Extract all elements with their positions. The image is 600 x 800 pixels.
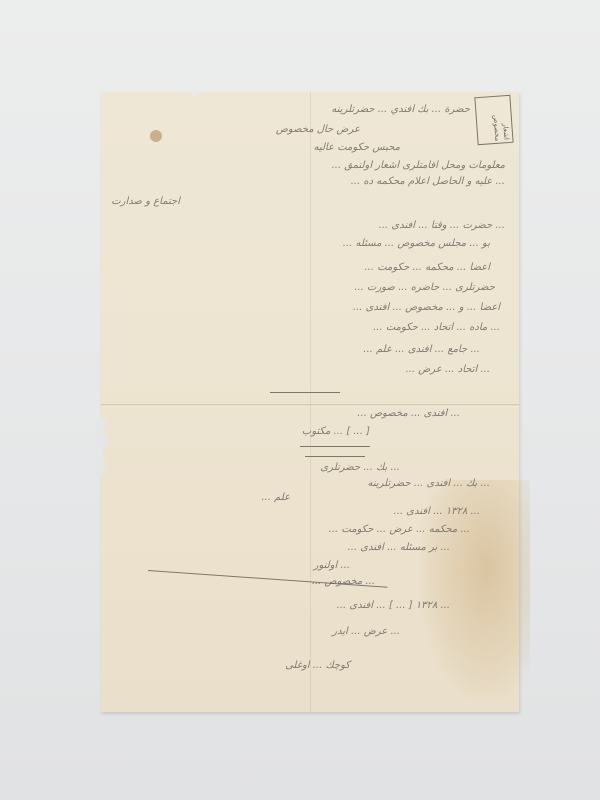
- middle-line: ... بك ... حضرتلری: [320, 462, 400, 473]
- lower-line: ... اولنور: [314, 560, 350, 571]
- vertical-fold: [310, 92, 311, 712]
- body-line: ... اتحاد ... عرض ...: [406, 364, 490, 375]
- body-line: اجتماع و صدارت: [111, 196, 180, 207]
- body-line: بو ... مجلس مخصوص ... مسئله ...: [343, 238, 490, 249]
- divider-line: [305, 456, 365, 457]
- lower-line: علم ...: [261, 492, 290, 503]
- body-line: ... جامع ... افندی ... علم ...: [363, 344, 480, 355]
- middle-line: [ ... ] ... مکتوب: [302, 426, 370, 437]
- closing-line: ... عرض ... ایدر: [332, 626, 400, 637]
- margin-note: اشعار مخصوص: [474, 95, 513, 145]
- body-line: حضرتلری ... حاضره ... صورت ...: [354, 282, 495, 293]
- lower-line: ... بك ... افندی ... حضرتلرینه: [367, 478, 490, 489]
- closing-line: ... ١٣٢٨ [ ... ] ... افندی ...: [337, 600, 450, 611]
- body-line: ... ماده ... اتحاد ... حکومت ...: [373, 322, 500, 333]
- body-line: معلومات ومحل اقامتلری اشعار اولنمق ...: [332, 160, 505, 171]
- lower-line: ... بر مسئله ... افندی ...: [348, 542, 450, 553]
- header-line: محبس حکومت عالیه: [314, 142, 400, 153]
- lower-line: ... محکمه ... عرض ... حکومت ...: [329, 524, 470, 535]
- divider-line: [300, 446, 370, 447]
- body-line: اعضا ... محکمه ... حکومت ...: [365, 262, 491, 273]
- lower-line: ... ١٣٢٨ ... افندی ...: [394, 506, 480, 517]
- middle-line: ... افندی ... مخصوص ...: [357, 408, 460, 419]
- body-line: ... حضرت ... وقتا ... افندی ...: [379, 220, 505, 231]
- ink-spot: [150, 130, 162, 142]
- header-line: حضرة ... بك افندي ... حضرتلرينه: [331, 104, 470, 115]
- divider-line: [270, 392, 340, 393]
- body-line: اعضا ... و ... مخصوص ... افندی ...: [353, 302, 500, 313]
- lower-line: ... مخصوص ...: [312, 576, 375, 587]
- horizontal-fold: [101, 404, 519, 407]
- body-line: ... علیه و الحاصل اعلام محکمه ده ...: [351, 176, 505, 187]
- header-line: عرض حال مخصوص: [276, 124, 360, 135]
- closing-line: کوچك ... اوغلی: [285, 660, 350, 671]
